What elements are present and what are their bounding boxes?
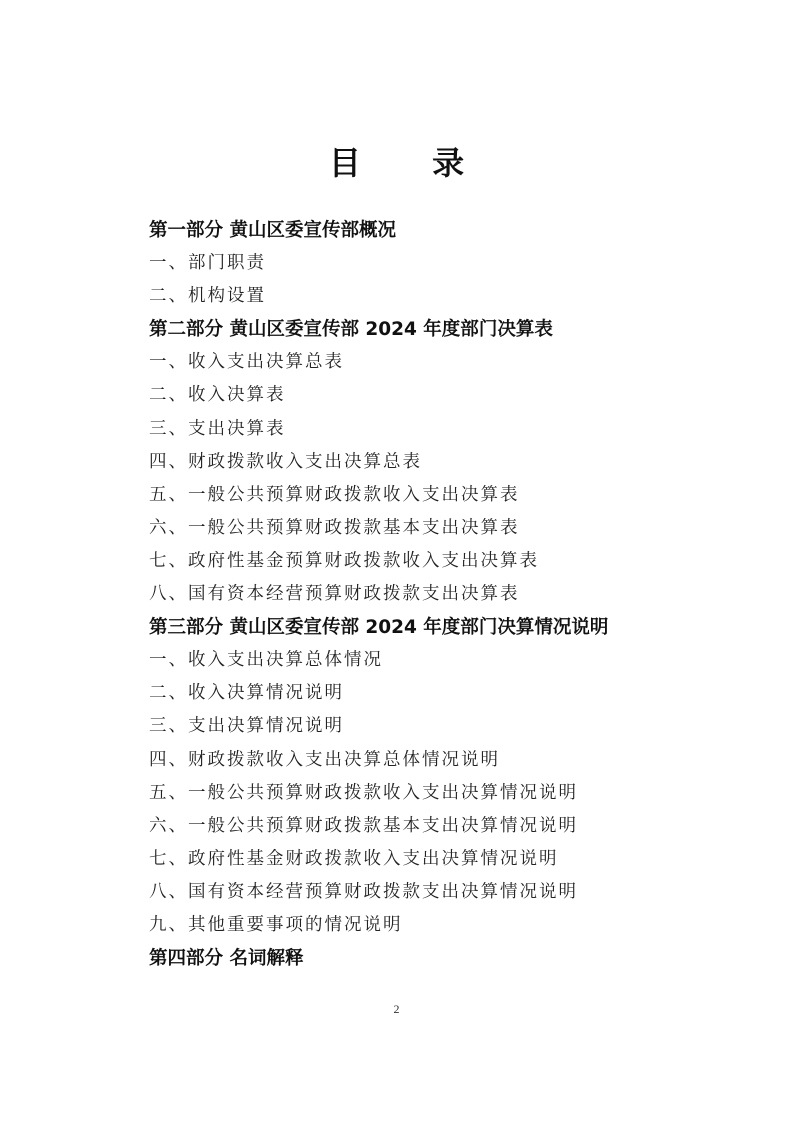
toc-item[interactable]: 六、一般公共预算财政拨款基本支出决算情况说明 <box>149 810 669 843</box>
toc-item[interactable]: 八、国有资本经营预算财政拨款支出决算表 <box>149 578 669 611</box>
toc-item[interactable]: 七、政府性基金财政拨款收入支出决算情况说明 <box>149 843 669 876</box>
page-title: 目 录 <box>0 138 793 184</box>
toc-part-heading[interactable]: 第二部分 黄山区委宣传部 2024 年度部门决算表 <box>149 313 669 346</box>
toc-item[interactable]: 四、财政拨款收入支出决算总体情况说明 <box>149 744 669 777</box>
toc-item[interactable]: 二、机构设置 <box>149 280 669 313</box>
toc-part-heading[interactable]: 第三部分 黄山区委宣传部 2024 年度部门决算情况说明 <box>149 611 669 644</box>
toc-item[interactable]: 五、一般公共预算财政拨款收入支出决算情况说明 <box>149 777 669 810</box>
toc-item[interactable]: 一、部门职责 <box>149 247 669 280</box>
toc-item[interactable]: 四、财政拨款收入支出决算总表 <box>149 446 669 479</box>
toc-item[interactable]: 五、一般公共预算财政拨款收入支出决算表 <box>149 479 669 512</box>
toc-item[interactable]: 七、政府性基金预算财政拨款收入支出决算表 <box>149 545 669 578</box>
toc-part-heading[interactable]: 第一部分 黄山区委宣传部概况 <box>149 214 669 247</box>
toc-item[interactable]: 三、支出决算情况说明 <box>149 710 669 743</box>
toc-part-heading[interactable]: 第四部分 名词解释 <box>149 942 669 975</box>
toc-item[interactable]: 六、一般公共预算财政拨款基本支出决算表 <box>149 512 669 545</box>
table-of-contents: 第一部分 黄山区委宣传部概况 一、部门职责 二、机构设置 第二部分 黄山区委宣传… <box>149 214 669 975</box>
toc-item[interactable]: 三、支出决算表 <box>149 413 669 446</box>
toc-item[interactable]: 九、其他重要事项的情况说明 <box>149 909 669 942</box>
toc-item[interactable]: 八、国有资本经营预算财政拨款支出决算情况说明 <box>149 876 669 909</box>
page-number: 2 <box>0 1002 793 1017</box>
toc-item[interactable]: 二、收入决算表 <box>149 379 669 412</box>
toc-item[interactable]: 一、收入支出决算总体情况 <box>149 644 669 677</box>
toc-item[interactable]: 二、收入决算情况说明 <box>149 677 669 710</box>
toc-item[interactable]: 一、收入支出决算总表 <box>149 346 669 379</box>
